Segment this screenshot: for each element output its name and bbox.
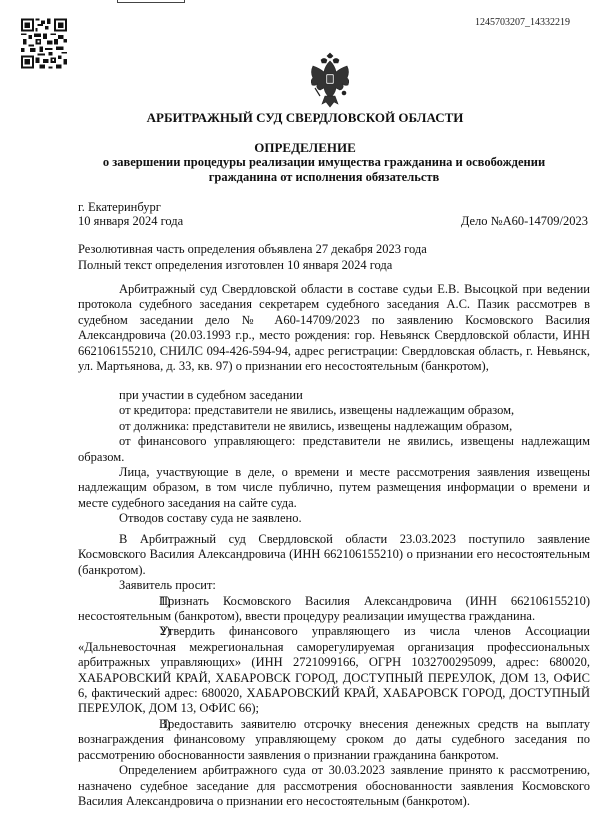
request-item-2: 2)Утвердить финансового управляющего из … xyxy=(78,624,590,716)
participation-financial-manager: от финансового управляющего: представите… xyxy=(78,434,590,465)
document-subject-line-2: гражданина от исполнения обязательств xyxy=(80,170,568,185)
no-recusal-paragraph: Отводов составу суда не заявлено. xyxy=(78,511,590,526)
intro-paragraph-block: Арбитражный суд Свердловской области в с… xyxy=(78,282,590,374)
court-name: АРБИТРАЖНЫЙ СУД СВЕРДЛОВСКОЙ ОБЛАСТИ xyxy=(0,110,610,126)
applicant-asks: Заявитель просит: xyxy=(78,578,590,593)
request-item-3: 3)Предоставить заявителю отсрочку внесен… xyxy=(78,717,590,763)
participation-creditor: от кредитора: представители не явились, … xyxy=(78,403,590,418)
request-number: 3) xyxy=(119,717,159,732)
document-subject-line-1: о завершении процедуры реализации имущес… xyxy=(80,155,568,170)
resolution-announced: Резолютивная часть определения объявлена… xyxy=(78,241,427,257)
announcement-info: Резолютивная часть определения объявлена… xyxy=(78,241,427,273)
participation-block: при участии в судебном заседании от кред… xyxy=(78,388,590,527)
russian-coat-of-arms-icon xyxy=(307,52,353,108)
request-number: 2) xyxy=(119,624,159,639)
participation-header: при участии в судебном заседании xyxy=(78,388,590,403)
document-id: 1245703207_14332219 xyxy=(475,17,570,28)
participation-debtor: от должника: представители не явились, и… xyxy=(78,419,590,434)
qr-code-icon xyxy=(21,16,67,71)
notice-paragraph: Лица, участвующие в деле, о времени и ме… xyxy=(78,465,590,511)
full-text-prepared: Полный текст определения изготовлен 10 я… xyxy=(78,257,427,273)
application-block: В Арбитражный суд Свердловской области 2… xyxy=(78,532,590,809)
document-date: 10 января 2024 года xyxy=(78,214,183,229)
received-paragraph: В Арбитражный суд Свердловской области 2… xyxy=(78,532,590,578)
document-type-title: ОПРЕДЕЛЕНИЕ xyxy=(0,140,610,156)
request-item-1: 1)Признать Космовского Василия Александр… xyxy=(78,594,590,625)
accepted-paragraph: Определением арбитражного суда от 30.03.… xyxy=(78,763,590,809)
request-number: 1) xyxy=(119,594,159,609)
document-subject: о завершении процедуры реализации имущес… xyxy=(80,155,568,185)
case-number: Дело №А60-14709/2023 xyxy=(461,214,588,229)
page-top-edge xyxy=(117,0,185,3)
city: г. Екатеринбург xyxy=(78,200,161,215)
intro-paragraph: Арбитражный суд Свердловской области в с… xyxy=(78,282,590,374)
